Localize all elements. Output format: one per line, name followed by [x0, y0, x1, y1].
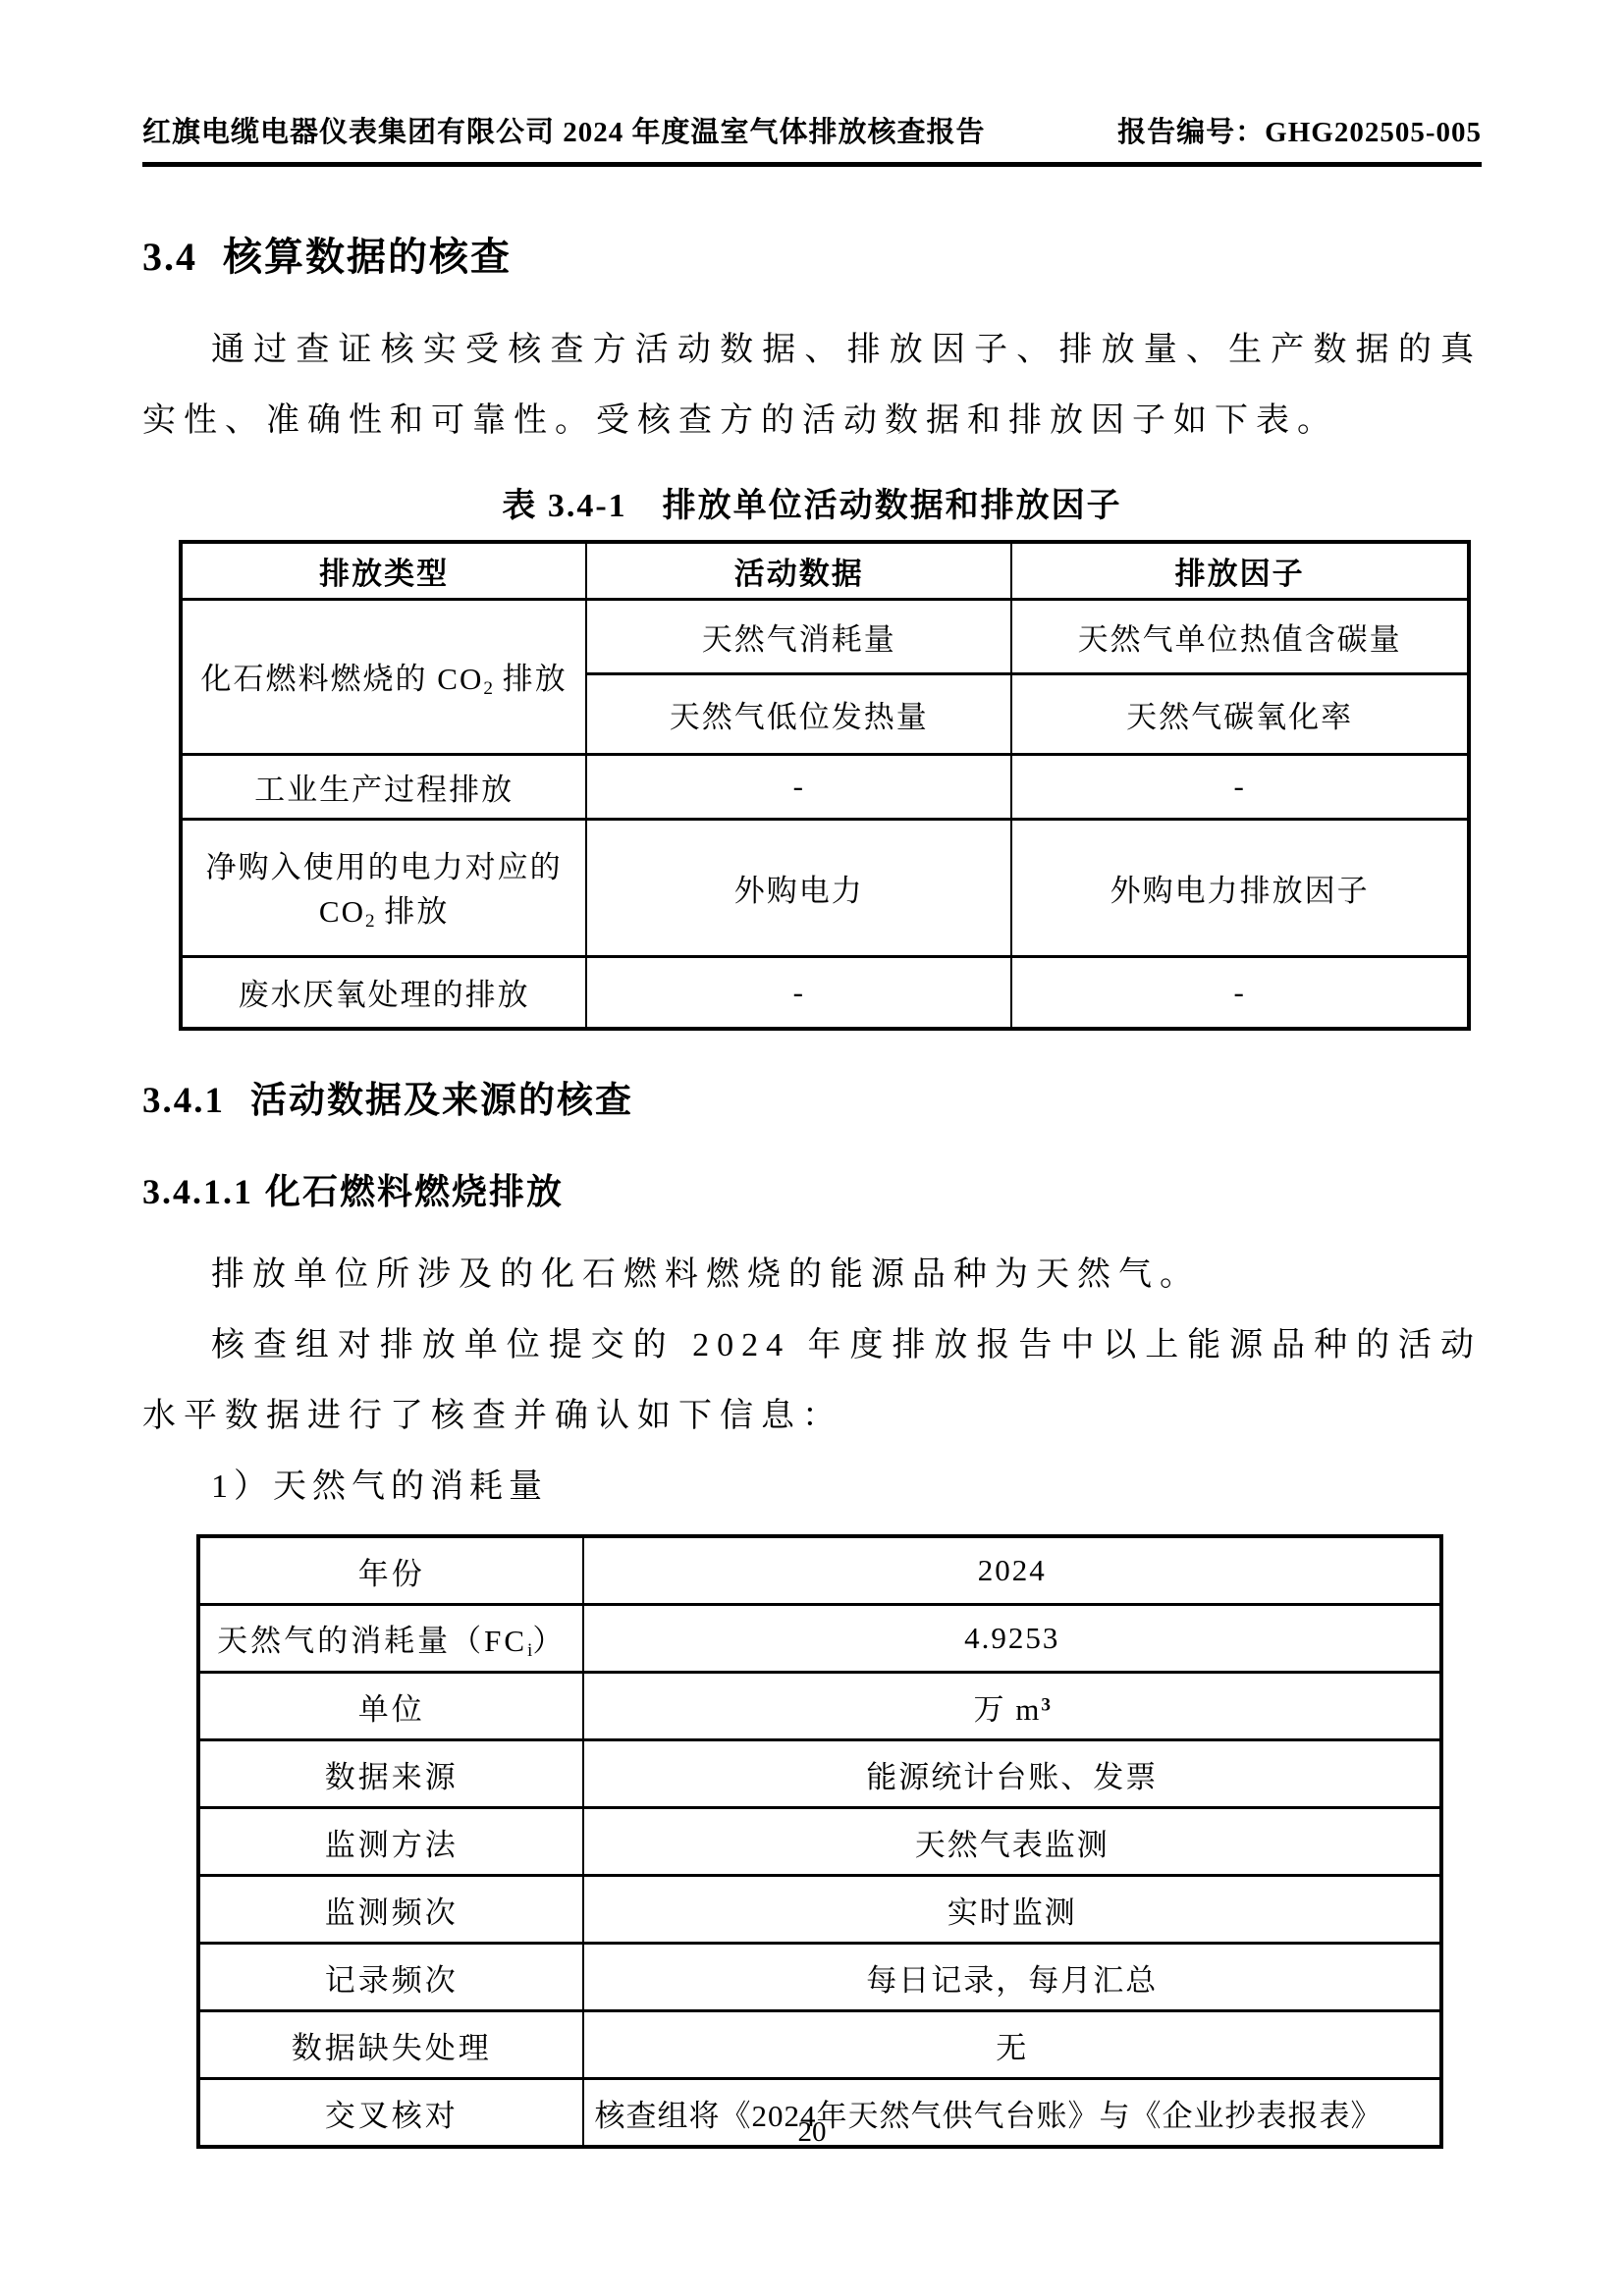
- fossil-fuel-type-cell: 化石燃料燃烧的 CO2 排放: [181, 599, 586, 754]
- cell-text: CO: [319, 894, 365, 929]
- table-3-4-1-title: 表 3.4-1 排放单位活动数据和排放因子: [142, 478, 1482, 526]
- emission-factors-table: 排放类型 活动数据 排放因子 化石燃料燃烧的 CO2 排放 天然气消耗量 天然气…: [179, 540, 1471, 1031]
- label-cell: 记录频次: [198, 1944, 583, 2011]
- natural-gas-list-item: 1）天然气的消耗量: [142, 1452, 1482, 1522]
- industrial-process-type-cell: 工业生产过程排放: [181, 754, 586, 819]
- value-cell: 2024: [583, 1536, 1441, 1605]
- table-row: 化石燃料燃烧的 CO2 排放 天然气消耗量 天然气单位热值含碳量: [181, 599, 1469, 673]
- cell-text: 天然气的消耗量（FC: [217, 1624, 527, 1658]
- section-3-4-1-heading: 3.4.1活动数据及来源的核查: [142, 1070, 1482, 1123]
- label-cell: 年份: [198, 1536, 583, 1605]
- section-3-4-title: 核算数据的核查: [223, 235, 512, 279]
- section-3-4-1-title: 活动数据及来源的核查: [250, 1081, 633, 1121]
- activity-data-cell: 天然气消耗量: [586, 599, 1011, 673]
- label-cell: 监测方法: [198, 1808, 583, 1876]
- table-row: 工业生产过程排放 - -: [181, 754, 1469, 819]
- column-header-emission-type: 排放类型: [181, 542, 586, 599]
- header-title: 红旗电缆电器仪表集团有限公司 2024 年度温室气体排放核查报告: [142, 110, 986, 150]
- emission-factor-cell: 外购电力排放因子: [1011, 819, 1469, 956]
- value-cell: 实时监测: [583, 1876, 1441, 1944]
- co2-subscript: 2: [365, 911, 375, 932]
- table-row: 记录频次 每日记录，每月汇总: [198, 1944, 1441, 2011]
- table-row: 单位 万 m3: [198, 1673, 1441, 1740]
- table-row: 监测频次 实时监测: [198, 1876, 1441, 1944]
- table-row: 净购入使用的电力对应的CO2 排放 外购电力 外购电力排放因子: [181, 819, 1469, 956]
- table-row: 数据缺失处理 无: [198, 2011, 1441, 2079]
- table-row: 监测方法 天然气表监测: [198, 1808, 1441, 1876]
- emission-factor-cell: -: [1011, 956, 1469, 1029]
- activity-data-cell: 天然气低位发热量: [586, 673, 1011, 754]
- label-cell: 单位: [198, 1673, 583, 1740]
- fuel-type-paragraph: 排放单位所涉及的化石燃料燃烧的能源品种为天然气。: [142, 1240, 1482, 1310]
- cell-text: ）: [532, 1624, 566, 1658]
- intro-paragraph: 通过查证核实受核查方活动数据、排放因子、排放量、生产数据的真实性、准确性和可靠性…: [142, 315, 1482, 456]
- table-header-row: 排放类型 活动数据 排放因子: [181, 542, 1469, 599]
- section-3-4-1-1-heading: 3.4.1.1化石燃料燃烧排放: [142, 1164, 1482, 1214]
- value-cell: 每日记录，每月汇总: [583, 1944, 1441, 2011]
- cell-text: 排放: [493, 662, 568, 696]
- purchased-electricity-type-cell: 净购入使用的电力对应的CO2 排放: [181, 819, 586, 956]
- value-cell: 能源统计台账、发票: [583, 1740, 1441, 1808]
- gas-consumption-table: 年份 2024 天然气的消耗量（FCi） 4.9253 单位 万 m3 数据来源…: [196, 1534, 1443, 2149]
- column-header-emission-factor: 排放因子: [1011, 542, 1469, 599]
- cell-text: 万 m: [973, 1692, 1041, 1727]
- value-cell: 万 m3: [583, 1673, 1441, 1740]
- document-page: 红旗电缆电器仪表集团有限公司 2024 年度温室气体排放核查报告 报告编号：GH…: [0, 0, 1624, 2296]
- value-cell: 天然气表监测: [583, 1808, 1441, 1876]
- activity-data-cell: -: [586, 956, 1011, 1029]
- co2-subscript: 2: [483, 677, 493, 698]
- verification-paragraph: 核查组对排放单位提交的 2024 年度排放报告中以上能源品种的活动水平数据进行了…: [142, 1310, 1482, 1452]
- activity-data-cell: -: [586, 754, 1011, 819]
- table-row: 废水厌氧处理的排放 - -: [181, 956, 1469, 1029]
- label-cell: 数据来源: [198, 1740, 583, 1808]
- page-number: 20: [0, 2116, 1624, 2149]
- section-3-4-1-1-title: 化石燃料燃烧排放: [265, 1172, 564, 1211]
- label-cell: 数据缺失处理: [198, 2011, 583, 2079]
- section-3-4-1-1-number: 3.4.1.1: [142, 1172, 253, 1211]
- cell-text: 排放: [375, 894, 450, 929]
- table-row: 数据来源 能源统计台账、发票: [198, 1740, 1441, 1808]
- value-cell: 4.9253: [583, 1605, 1441, 1673]
- emission-factor-cell: 天然气碳氧化率: [1011, 673, 1469, 754]
- activity-data-cell: 外购电力: [586, 819, 1011, 956]
- cell-text: 净购入使用的电力对应的: [206, 850, 563, 884]
- header-report-number: 报告编号：GHG202505-005: [1117, 110, 1482, 150]
- table-row: 年份 2024: [198, 1536, 1441, 1605]
- section-3-4-1-number: 3.4.1: [142, 1081, 225, 1121]
- page-header: 红旗电缆电器仪表集团有限公司 2024 年度温室气体排放核查报告 报告编号：GH…: [142, 0, 1482, 167]
- section-3-4-number: 3.4: [142, 235, 197, 279]
- cell-text: 化石燃料燃烧的 CO: [201, 662, 484, 696]
- emission-factor-cell: 天然气单位热值含碳量: [1011, 599, 1469, 673]
- section-3-4-heading: 3.4核算数据的核查: [142, 226, 1482, 282]
- label-cell: 监测频次: [198, 1876, 583, 1944]
- table-row: 天然气的消耗量（FCi） 4.9253: [198, 1605, 1441, 1673]
- wastewater-type-cell: 废水厌氧处理的排放: [181, 956, 586, 1029]
- label-cell: 天然气的消耗量（FCi）: [198, 1605, 583, 1673]
- emission-factor-cell: -: [1011, 754, 1469, 819]
- cubic-meter-superscript: 3: [1041, 1694, 1051, 1715]
- column-header-activity-data: 活动数据: [586, 542, 1011, 599]
- value-cell: 无: [583, 2011, 1441, 2079]
